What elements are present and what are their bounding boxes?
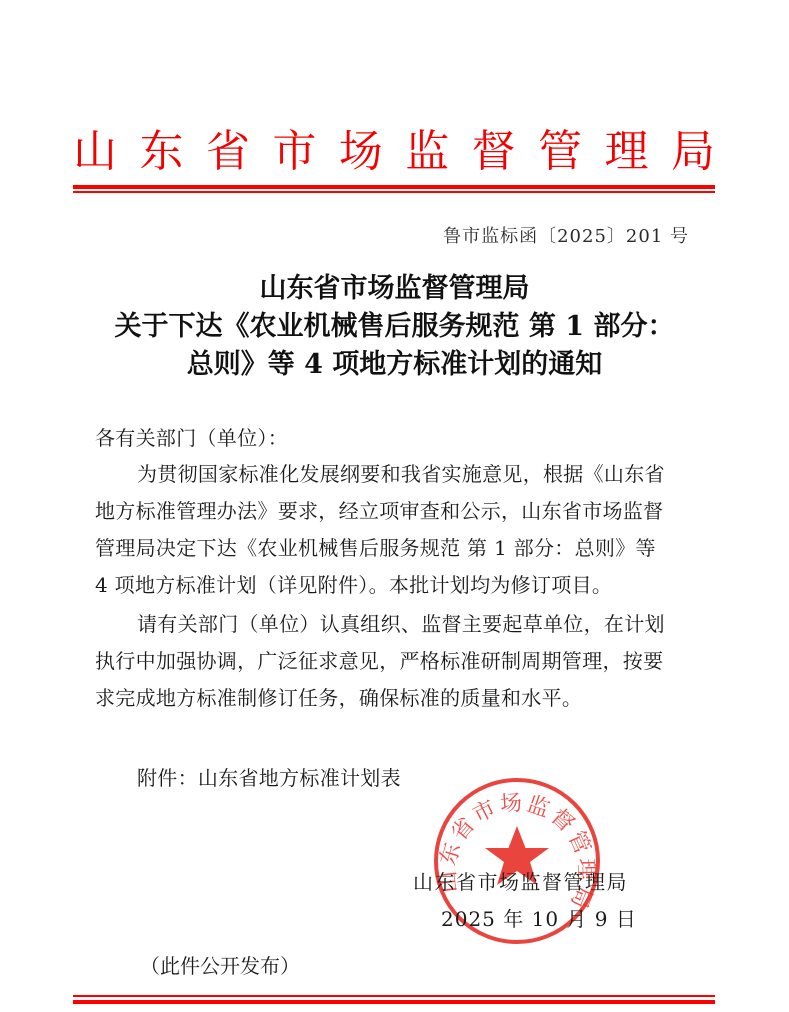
public-release-note: （此件公开发布）: [140, 950, 300, 979]
salutation: 各有关部门（单位）：: [95, 420, 288, 457]
paragraph-line: 为贯彻国家标准化发展纲要和我省实施意见，根据《山东省: [95, 456, 715, 493]
document-number: 鲁市监标函〔2025〕201 号: [443, 222, 689, 248]
paragraph-line: 4 项地方标准计划（详见附件）。本批计划均为修订项目。: [95, 567, 715, 604]
masthead-char: 场: [339, 122, 383, 182]
masthead-char: 理: [605, 122, 649, 182]
masthead-divider-thick: [73, 185, 715, 189]
paragraph-line: 求完成地方标准制修订任务，确保标准的质量和水平。: [95, 680, 715, 717]
masthead-char: 市: [272, 122, 316, 182]
title-line-1: 山东省市场监督管理局: [60, 270, 729, 308]
footer-divider-thick: [73, 1000, 715, 1004]
masthead-divider-thin: [73, 191, 715, 193]
paragraph-line: 管理局决定下达《农业机械售后服务规范 第 1 部分：总则》等: [95, 530, 715, 567]
paragraph-line: 执行中加强协调，广泛征求意见，严格标准研制周期管理，按要: [95, 643, 715, 680]
attachment-note: 附件：山东省地方标准计划表: [137, 760, 401, 797]
masthead-char: 山: [73, 122, 117, 182]
masthead-char: 省: [206, 122, 250, 182]
footer-divider-thin: [73, 995, 715, 997]
masthead-char: 督: [472, 122, 516, 182]
body-paragraph-2: 请有关部门（单位）认真组织、监督主要起草单位，在计划 执行中加强协调，广泛征求意…: [95, 606, 715, 717]
masthead-char: 监: [405, 122, 449, 182]
masthead-char: 局: [671, 122, 715, 182]
masthead-agency-name: 山 东 省 市 场 监 督 管 理 局: [73, 122, 715, 182]
title-line-2: 关于下达《农业机械售后服务规范 第 1 部分：: [60, 308, 729, 346]
document-title: 山东省市场监督管理局 关于下达《农业机械售后服务规范 第 1 部分： 总则》等 …: [60, 270, 729, 384]
title-line-3: 总则》等 4 项地方标准计划的通知: [60, 346, 729, 384]
masthead-char: 东: [139, 122, 183, 182]
signer-name: 山东省市场监督管理局: [413, 866, 628, 895]
paragraph-line: 请有关部门（单位）认真组织、监督主要起草单位，在计划: [95, 606, 715, 643]
issue-date: 2025 年 10 月 9 日: [441, 903, 637, 932]
body-paragraph-1: 为贯彻国家标准化发展纲要和我省实施意见，根据《山东省 地方标准管理办法》要求，经…: [95, 456, 715, 604]
masthead-char: 管: [538, 122, 582, 182]
paragraph-line: 地方标准管理办法》要求，经立项审查和公示，山东省市场监督: [95, 493, 715, 530]
